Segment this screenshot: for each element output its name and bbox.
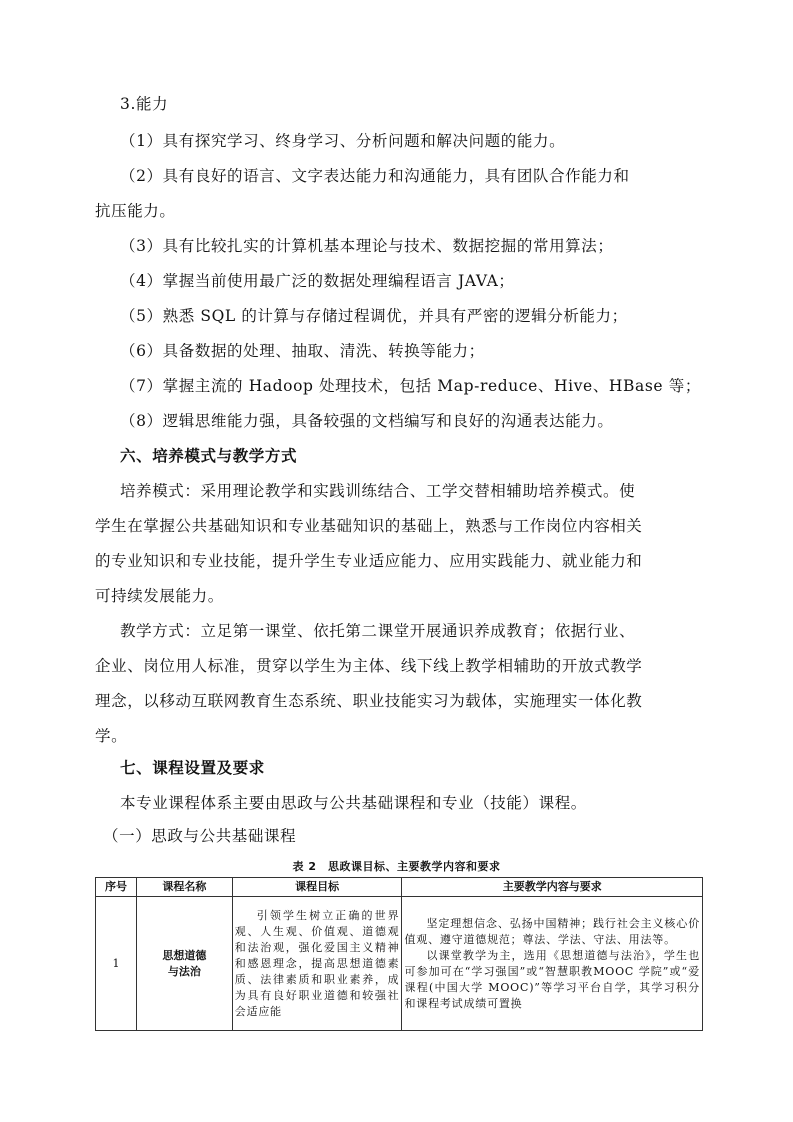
- ability-item-2-cont: 抗压能力。: [95, 201, 176, 221]
- teaching-method-line-1: 教学方式：立足第一课堂、依托第二课堂开展通识养成教育；依据行业、: [120, 621, 635, 641]
- row-course-goal: 引领学生树立正确的世界观、人生观、价值观、道德观和法治观，强化爱国主义精神和感恩…: [232, 897, 402, 1031]
- course-name-line-2: 与法治: [139, 964, 230, 980]
- ability-item-8: （8）逻辑思维能力强，具备较强的文档编写和良好的沟通表达能力。: [120, 411, 613, 431]
- section-7-intro: 本专业课程体系主要由思政与公共基础课程和专业（技能）课程。: [120, 793, 587, 813]
- row-content-requirements: 坚定理想信念、弘扬中国精神；践行社会主义核心价值观、遵守道德规范；尊法、学法、守…: [402, 897, 703, 1031]
- content-paragraph-2: 以课堂教学为主，选用《思想道德与法治》，学生也可参加可在“学习强国”或“智慧职教…: [404, 948, 700, 1012]
- row-index: 1: [96, 897, 137, 1031]
- header-index: 序号: [96, 878, 137, 897]
- header-content-requirements: 主要教学内容与要求: [402, 878, 703, 897]
- course-goal-text: 引领学生树立正确的世界观、人生观、价值观、道德观和法治观，强化爱国主义精神和感恩…: [235, 908, 400, 1020]
- teaching-method-line-2: 企业、岗位用人标准，贯穿以学生为主体、线下线上教学相辅助的开放式教学: [95, 656, 642, 676]
- teaching-method-line-4: 学。: [95, 726, 127, 746]
- table-row: 1 思想道德 与法治 引领学生树立正确的世界观、人生观、价值观、道德观和法治观，…: [96, 897, 703, 1031]
- ability-heading: 3.能力: [120, 94, 168, 114]
- table-caption: 表 2 思政课目标、主要教学内容和要求: [0, 858, 793, 874]
- ability-item-2: （2）具有良好的语言、文字表达能力和沟通能力，具有团队合作能力和: [120, 166, 630, 186]
- ability-item-1: （1）具有探究学习、终身学习、分析问题和解决问题的能力。: [120, 131, 565, 151]
- training-mode-line-1: 培养模式：采用理论教学和实践训练结合、工学交替相辅助培养模式。使: [120, 481, 635, 501]
- training-mode-line-3: 的专业知识和专业技能，提升学生专业适应能力、应用实践能力、就业能力和: [95, 551, 642, 571]
- section-6-heading: 六、培养模式与教学方式: [120, 446, 297, 466]
- training-mode-line-2: 学生在掌握公共基础知识和专业基础知识的基础上，熟悉与工作岗位内容相关: [95, 516, 642, 536]
- content-paragraph-1: 坚定理想信念、弘扬中国精神；践行社会主义核心价值观、遵守道德规范；尊法、学法、守…: [404, 916, 700, 948]
- ability-item-6: （6）具备数据的处理、抽取、清洗、转换等能力；: [120, 341, 485, 361]
- course-name-line-1: 思想道德: [139, 948, 230, 964]
- course-table: 序号 课程名称 课程目标 主要教学内容与要求 1 思想道德 与法治 引领学生树立…: [95, 877, 703, 1031]
- subsection-heading: （一）思政与公共基础课程: [103, 826, 296, 846]
- ability-item-5: （5）熟悉 SQL 的计算与存储过程调优，并具有严密的逻辑分析能力；: [120, 306, 628, 326]
- table-header-row: 序号 课程名称 课程目标 主要教学内容与要求: [96, 878, 703, 897]
- ability-item-4: （4）掌握当前使用最广泛的数据处理编程语言 JAVA；: [120, 271, 514, 291]
- row-course-name: 思想道德 与法治: [136, 897, 232, 1031]
- teaching-method-line-3: 理念，以移动互联网教育生态系统、职业技能实习为载体，实施理实一体化教: [95, 691, 642, 711]
- section-7-heading: 七、课程设置及要求: [120, 758, 265, 778]
- header-course-goal: 课程目标: [232, 878, 402, 897]
- ability-item-7: （7）掌握主流的 Hadoop 处理技术，包括 Map-reduce、Hive、…: [120, 376, 701, 396]
- training-mode-line-4: 可持续发展能力。: [95, 586, 224, 606]
- ability-item-3: （3）具有比较扎实的计算机基本理论与技术、数据挖掘的常用算法；: [120, 236, 613, 256]
- header-course-name: 课程名称: [136, 878, 232, 897]
